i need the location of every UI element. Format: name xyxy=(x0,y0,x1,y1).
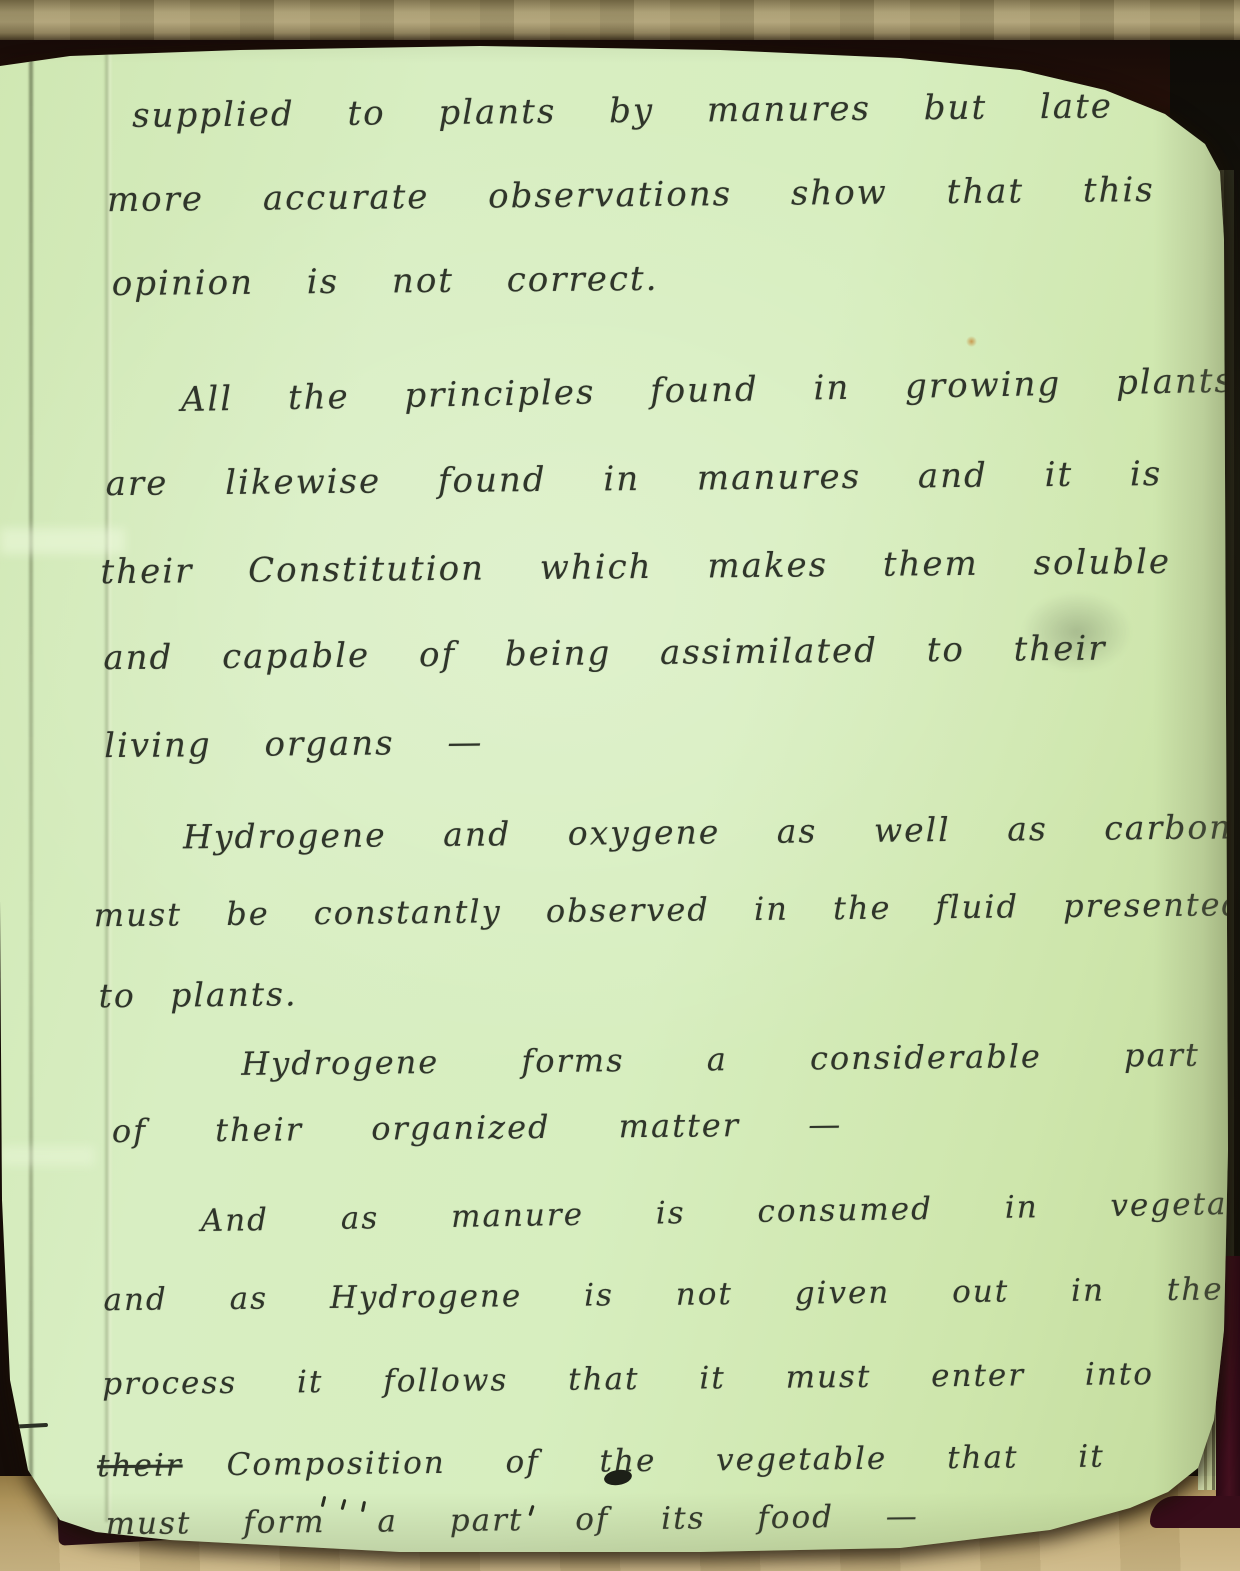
page-wrap: 5 supplied to plants by manures but late… xyxy=(0,0,1240,1571)
handwritten-line: Hydrogene and oxygene as well as carbon xyxy=(183,807,1233,856)
handwritten-line: theirComposition of the vegetable that i… xyxy=(97,1439,1105,1485)
handwritten-line: and capable of being assimilated to thei… xyxy=(103,629,1106,679)
paper-crease xyxy=(0,528,125,554)
handwritten-line: Hydrogene forms a considerable part xyxy=(241,1036,1200,1083)
paper-crease xyxy=(0,1146,95,1166)
ink-tick xyxy=(341,1499,347,1510)
notebook-page: 5 supplied to plants by manures but late… xyxy=(0,0,1240,1571)
page-number: 5 xyxy=(1181,54,1204,95)
ink-smudge xyxy=(1022,592,1132,672)
handwritten-line: And as manure is consumed in vegetation xyxy=(200,1185,1240,1239)
handwritten-line: must be constantly observed in the fluid… xyxy=(94,885,1240,934)
paper-stain xyxy=(966,336,977,347)
gutter-crease xyxy=(29,58,33,1498)
ink-blot xyxy=(603,1468,633,1487)
margin-dash xyxy=(6,1423,48,1429)
ink-tick xyxy=(528,1505,534,1516)
handwritten-line: more accurate observations show that thi… xyxy=(107,170,1155,220)
struck-word: their xyxy=(97,1447,183,1484)
ink-tick xyxy=(361,1501,366,1512)
handwritten-line: their Constitution which makes them solu… xyxy=(100,542,1171,592)
handwriting-layer: supplied to plants by manures but late a… xyxy=(0,0,1240,1571)
handwritten-line: of their organized matter — xyxy=(112,1105,843,1150)
manuscript-photo: 5 supplied to plants by manures but late… xyxy=(0,0,1240,1571)
handwritten-line: opinion is not correct. xyxy=(112,259,659,304)
handwritten-line: are likewise found in manures and it is xyxy=(105,454,1162,504)
handwritten-line: to plants. xyxy=(98,974,297,1015)
handwritten-line: All the principles found in growing plan… xyxy=(181,361,1235,420)
handwritten-line: must form a part of its food — xyxy=(105,1498,919,1542)
ink-tick xyxy=(321,1496,327,1507)
handwritten-line: and as Hydrogene is not given out in the xyxy=(103,1271,1223,1318)
handwritten-line: process it follows that it must enter in… xyxy=(102,1356,1154,1402)
handwritten-line: living organs — xyxy=(104,723,484,767)
handwritten-line: supplied to plants by manures but late a… xyxy=(132,85,1236,136)
gutter-fold-highlight xyxy=(104,52,112,1522)
